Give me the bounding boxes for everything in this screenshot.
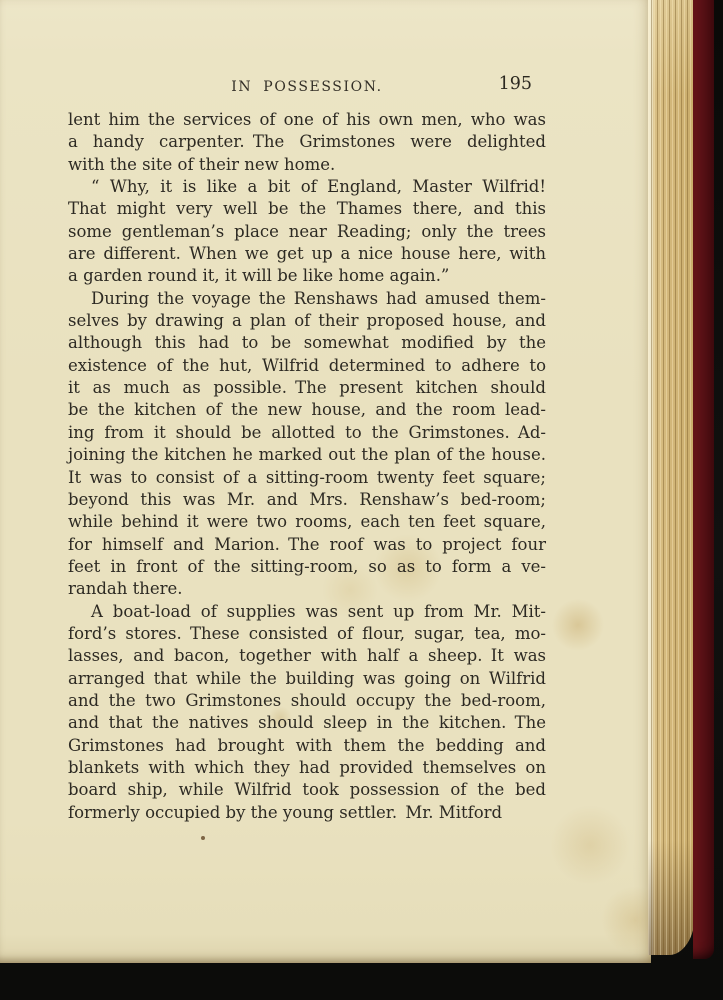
text-line: it as much as possible. The present kitc… <box>68 377 546 399</box>
text-line: “ Why, it is like a bit of England, Mast… <box>68 176 546 198</box>
page-header: IN POSSESSION. 195 <box>68 76 546 96</box>
text-line: and the two Grimstones should occupy the… <box>68 690 546 712</box>
text-line: formerly occupied by the young settler. … <box>68 802 546 824</box>
text-line: lent him the services of one of his own … <box>68 109 546 131</box>
text-line: a garden round it, it will be like home … <box>68 265 546 287</box>
text-line: be the kitchen of the new house, and the… <box>68 399 546 421</box>
text-line: and that the natives should sleep in the… <box>68 712 546 734</box>
text-line: are different. When we get up a nice hou… <box>68 243 546 265</box>
text-line: board ship, while Wilfrid took possessio… <box>68 779 546 801</box>
book-page: IN POSSESSION. 195 lent him the services… <box>0 0 651 963</box>
page-number: 195 <box>499 74 532 94</box>
text-line: That might very well be the Thames there… <box>68 198 546 220</box>
text-line: while behind it were two rooms, each ten… <box>68 511 546 533</box>
paragraph: lent him the services of one of his own … <box>68 109 546 176</box>
text-line: beyond this was Mr. and Mrs. Renshaw’s b… <box>68 489 546 511</box>
text-line: ing from it should be allotted to the Gr… <box>68 422 546 444</box>
text-line: for himself and Marion. The roof was to … <box>68 534 546 556</box>
page-text: lent him the services of one of his own … <box>68 109 546 824</box>
text-line: feet in front of the sitting-room, so as… <box>68 556 546 578</box>
paragraph: During the voyage the Renshaws had amuse… <box>68 288 546 601</box>
text-line: A boat-load of supplies was sent up from… <box>68 601 546 623</box>
text-line: During the voyage the Renshaws had amuse… <box>68 288 546 310</box>
text-line: randah there. <box>68 578 546 600</box>
text-line: arranged that while the building was goi… <box>68 668 546 690</box>
paragraph: A boat-load of supplies was sent up from… <box>68 601 546 824</box>
text-line: ford’s stores. These consisted of flour,… <box>68 623 546 645</box>
text-line: a handy carpenter. The Grimstones were d… <box>68 131 546 153</box>
text-line: blankets with which they had provided th… <box>68 757 546 779</box>
text-line: joining the kitchen he marked out the pl… <box>68 444 546 466</box>
book-photo: IN POSSESSION. 195 lent him the services… <box>0 0 723 1000</box>
paragraph: “ Why, it is like a bit of England, Mast… <box>68 176 546 288</box>
running-title: IN POSSESSION. <box>231 79 382 95</box>
text-line: lasses, and bacon, together with half a … <box>68 645 546 667</box>
text-line: with the site of their new home. <box>68 154 546 176</box>
book-cover-edge <box>693 0 714 959</box>
text-line: although this had to be somewhat modifie… <box>68 332 546 354</box>
text-line: Grimstones had brought with them the bed… <box>68 735 546 757</box>
ink-speck <box>201 836 205 840</box>
text-line: existence of the hut, Wilfrid determined… <box>68 355 546 377</box>
text-line: It was to consist of a sitting-room twen… <box>68 467 546 489</box>
page-content: IN POSSESSION. 195 lent him the services… <box>68 76 546 824</box>
text-line: selves by drawing a plan of their propos… <box>68 310 546 332</box>
text-line: some gentleman’s place near Reading; onl… <box>68 221 546 243</box>
page-edges <box>648 0 695 955</box>
